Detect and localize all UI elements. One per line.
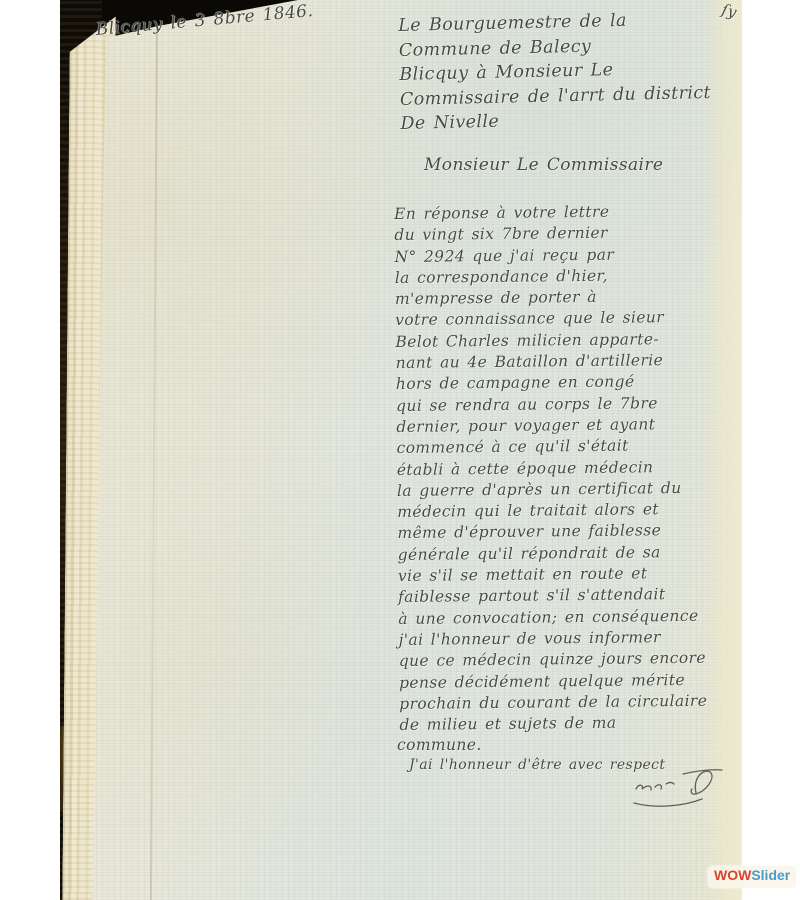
signature-flourish [626, 762, 730, 812]
salutation: Monsieur Le Commissaire [424, 155, 663, 175]
watermark-slider-text: Slider [751, 867, 790, 883]
handwriting-line: à une convocation; en conséquence [398, 605, 738, 630]
page-fold-line [150, 26, 158, 900]
scanned-letter-screenshot: Blicquy le 3 8bre 1846. ſy Le Bourguemes… [0, 0, 800, 900]
handwriting-line: que ce médecin quinze jours encore [399, 648, 739, 673]
handwriting-line: de milieu et sujets de ma [399, 712, 739, 737]
letter-header: Le Bourguemestre de laCommune de BalecyB… [398, 6, 739, 136]
watermark-wow-text: WOW [714, 867, 751, 883]
letter-body: En réponse à votre lettredu vingt six 7b… [394, 200, 740, 736]
closing-line: commune. [397, 736, 482, 754]
handwriting-line: prochain du courant de la circulaire [399, 690, 739, 715]
wowslider-watermark[interactable]: WOWSlider [708, 866, 796, 888]
